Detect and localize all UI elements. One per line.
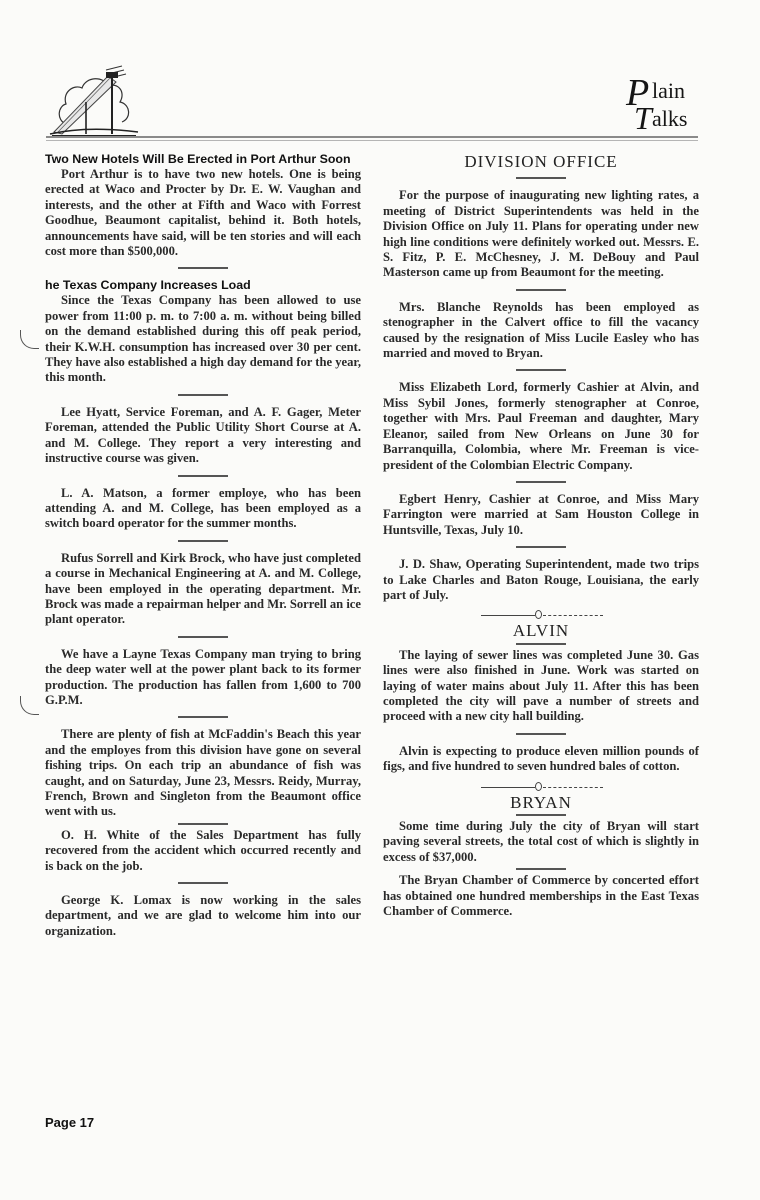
section-title: ALVIN bbox=[383, 623, 699, 638]
news-item: O. H. White of the Sales Department has … bbox=[45, 828, 361, 874]
headline: Two New Hotels Will Be Erected in Port A… bbox=[45, 152, 361, 167]
headline: he Texas Company Increases Load bbox=[45, 278, 361, 293]
scan-margin-mark bbox=[20, 330, 39, 349]
news-item: For the purpose of inaugurating new ligh… bbox=[383, 188, 699, 280]
separator-rule bbox=[516, 814, 566, 816]
separator-rule bbox=[178, 716, 228, 718]
plain-talks-brand-logo: P lain T alks bbox=[626, 74, 706, 136]
brand-word-lain: lain bbox=[652, 80, 685, 102]
separator-rule bbox=[516, 868, 566, 870]
news-item: J. D. Shaw, Operating Superintendent, ma… bbox=[383, 557, 699, 603]
separator-rule bbox=[178, 882, 228, 884]
section-division-office: DIVISION OFFICE For the purpose of inaug… bbox=[383, 154, 699, 603]
article-text: Port Arthur is to have two new hotels. O… bbox=[45, 167, 361, 259]
news-item: Mrs. Blanche Reynolds has been employed … bbox=[383, 300, 699, 362]
article-text: Since the Texas Company has been allowed… bbox=[45, 293, 361, 385]
news-item: Egbert Henry, Cashier at Conroe, and Mis… bbox=[383, 492, 699, 538]
news-item: Some time during July the city of Bryan … bbox=[383, 819, 699, 865]
news-item: Alvin is expecting to produce eleven mil… bbox=[383, 744, 699, 775]
separator-rule bbox=[516, 289, 566, 291]
separator-rule bbox=[178, 267, 228, 269]
section-alvin: ALVIN The laying of sewer lines was comp… bbox=[383, 623, 699, 774]
news-item: The laying of sewer lines was completed … bbox=[383, 648, 699, 725]
separator-rule bbox=[516, 733, 566, 735]
brand-word-alks: alks bbox=[652, 108, 687, 130]
news-item: The Bryan Chamber of Commerce by concert… bbox=[383, 873, 699, 919]
separator-rule bbox=[178, 636, 228, 638]
masthead-rule bbox=[46, 136, 698, 141]
separator-rule bbox=[178, 823, 228, 825]
right-column: DIVISION OFFICE For the purpose of inaug… bbox=[383, 152, 699, 919]
news-item: Miss Elizabeth Lord, formerly Cashier at… bbox=[383, 380, 699, 472]
page-number: Page 17 bbox=[45, 1115, 94, 1130]
separator-rule bbox=[178, 475, 228, 477]
section-title: BRYAN bbox=[383, 795, 699, 810]
news-item: L. A. Matson, a former employe, who has … bbox=[45, 486, 361, 532]
news-item: George K. Lomax is now working in the sa… bbox=[45, 893, 361, 939]
ornament-divider-icon bbox=[383, 609, 699, 621]
separator-rule bbox=[178, 394, 228, 396]
derrick-spotlight-logo-icon bbox=[46, 62, 142, 138]
separator-rule bbox=[516, 481, 566, 483]
separator-rule bbox=[178, 540, 228, 542]
news-item: We have a Layne Texas Company man trying… bbox=[45, 647, 361, 709]
news-item: There are plenty of fish at McFaddin's B… bbox=[45, 727, 361, 819]
article-hotels: Two New Hotels Will Be Erected in Port A… bbox=[45, 152, 361, 259]
brand-letter-t: T bbox=[634, 102, 652, 134]
separator-rule bbox=[516, 546, 566, 548]
separator-rule bbox=[516, 643, 566, 645]
scan-margin-mark bbox=[20, 696, 39, 715]
ornament-divider-icon bbox=[383, 781, 699, 793]
section-bryan: BRYAN Some time during July the city of … bbox=[383, 795, 699, 920]
news-item: Rufus Sorrell and Kirk Brock, who have j… bbox=[45, 551, 361, 628]
news-item: Lee Hyatt, Service Foreman, and A. F. Ga… bbox=[45, 405, 361, 467]
left-column: Two New Hotels Will Be Erected in Port A… bbox=[45, 152, 361, 939]
separator-rule bbox=[516, 369, 566, 371]
article-texas-company: he Texas Company Increases Load Since th… bbox=[45, 278, 361, 385]
section-title: DIVISION OFFICE bbox=[383, 154, 699, 169]
separator-rule bbox=[516, 177, 566, 179]
magazine-page: P lain T alks Two New Hotels Will Be Ere… bbox=[0, 0, 760, 1200]
